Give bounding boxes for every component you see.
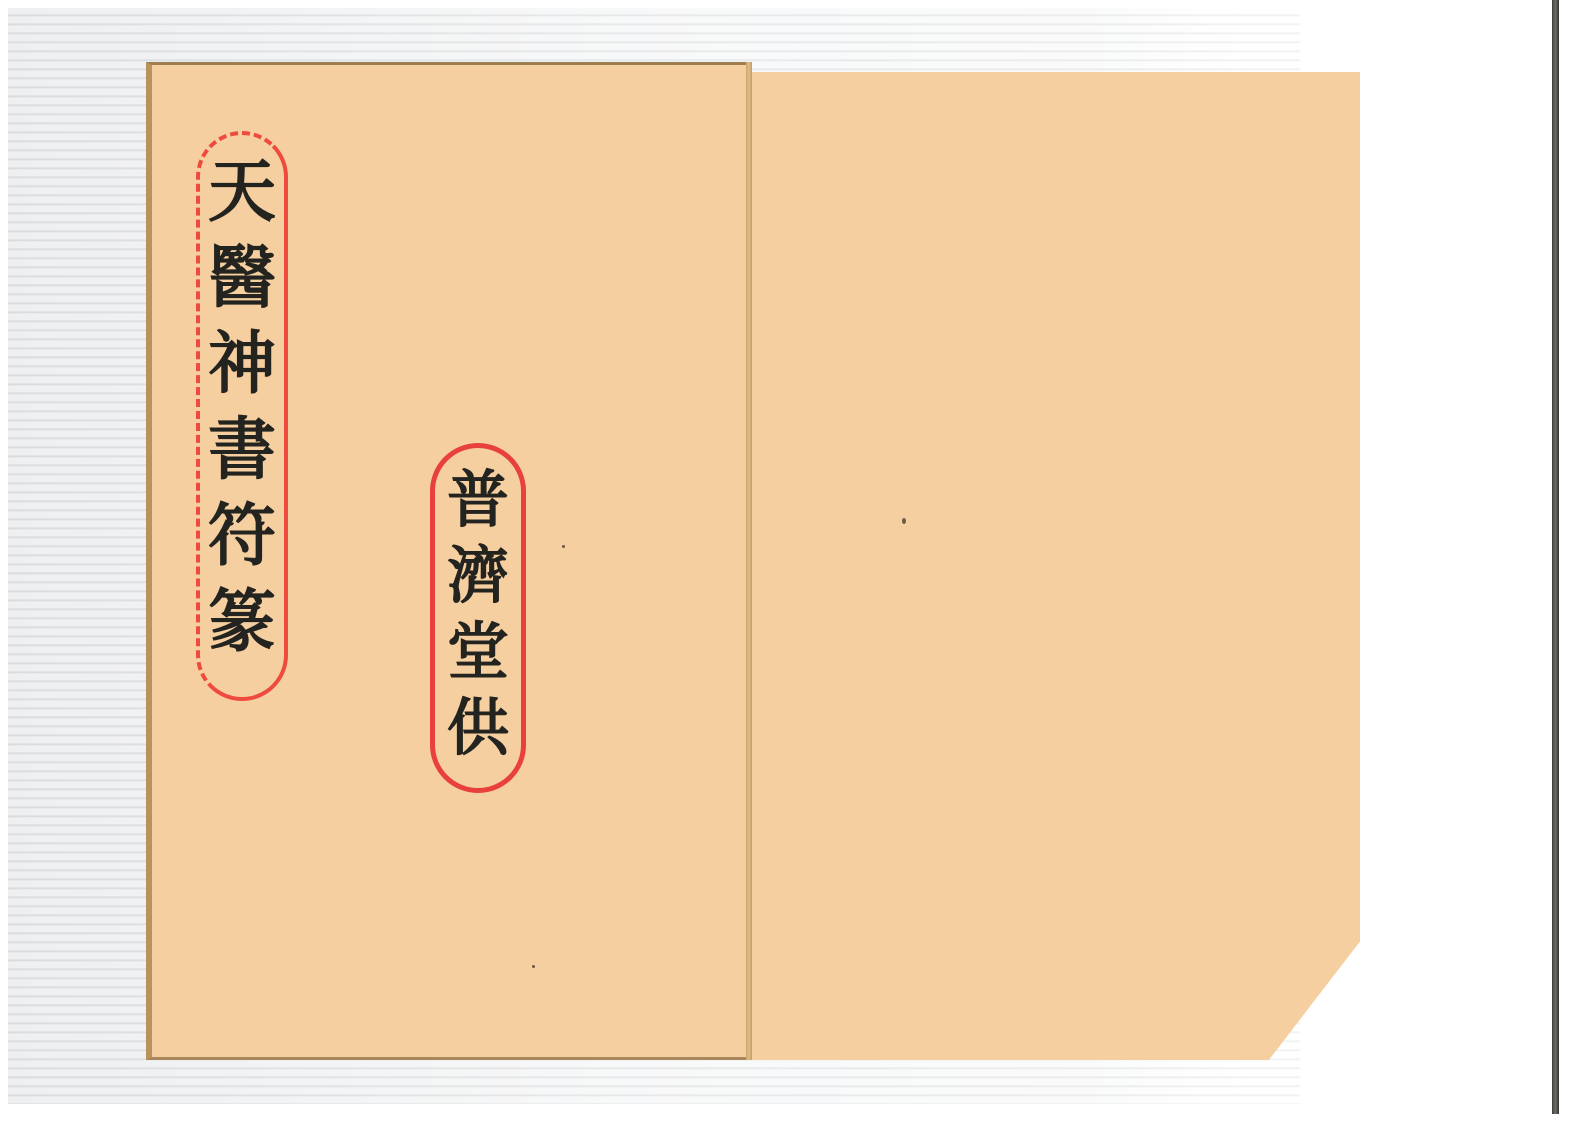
book: 天 醫 神 書 符 篆 普 濟 堂 供 xyxy=(146,62,1360,1062)
title-char: 符 xyxy=(208,502,276,570)
title-char: 篆 xyxy=(208,588,276,656)
publisher-char: 濟 xyxy=(447,545,509,607)
scanner-edge-strip xyxy=(1552,0,1559,1114)
title-char: 神 xyxy=(208,330,276,398)
title-label-left: 天 醫 神 書 符 篆 xyxy=(196,131,288,701)
title-label-right: 普 濟 堂 供 xyxy=(430,443,526,793)
paper-speck xyxy=(562,545,565,548)
book-spine-crease xyxy=(746,62,752,1060)
front-cover: 天 醫 神 書 符 篆 普 濟 堂 供 xyxy=(146,62,746,1060)
title-char: 天 xyxy=(208,158,276,226)
title-char: 書 xyxy=(208,416,276,484)
back-cover xyxy=(752,72,1360,1060)
title-char: 醫 xyxy=(208,244,276,312)
publisher-char: 堂 xyxy=(447,621,509,683)
paper-speck xyxy=(532,965,535,968)
publisher-char: 供 xyxy=(447,697,509,759)
paper-speck xyxy=(902,518,906,524)
publisher-char: 普 xyxy=(447,469,509,531)
